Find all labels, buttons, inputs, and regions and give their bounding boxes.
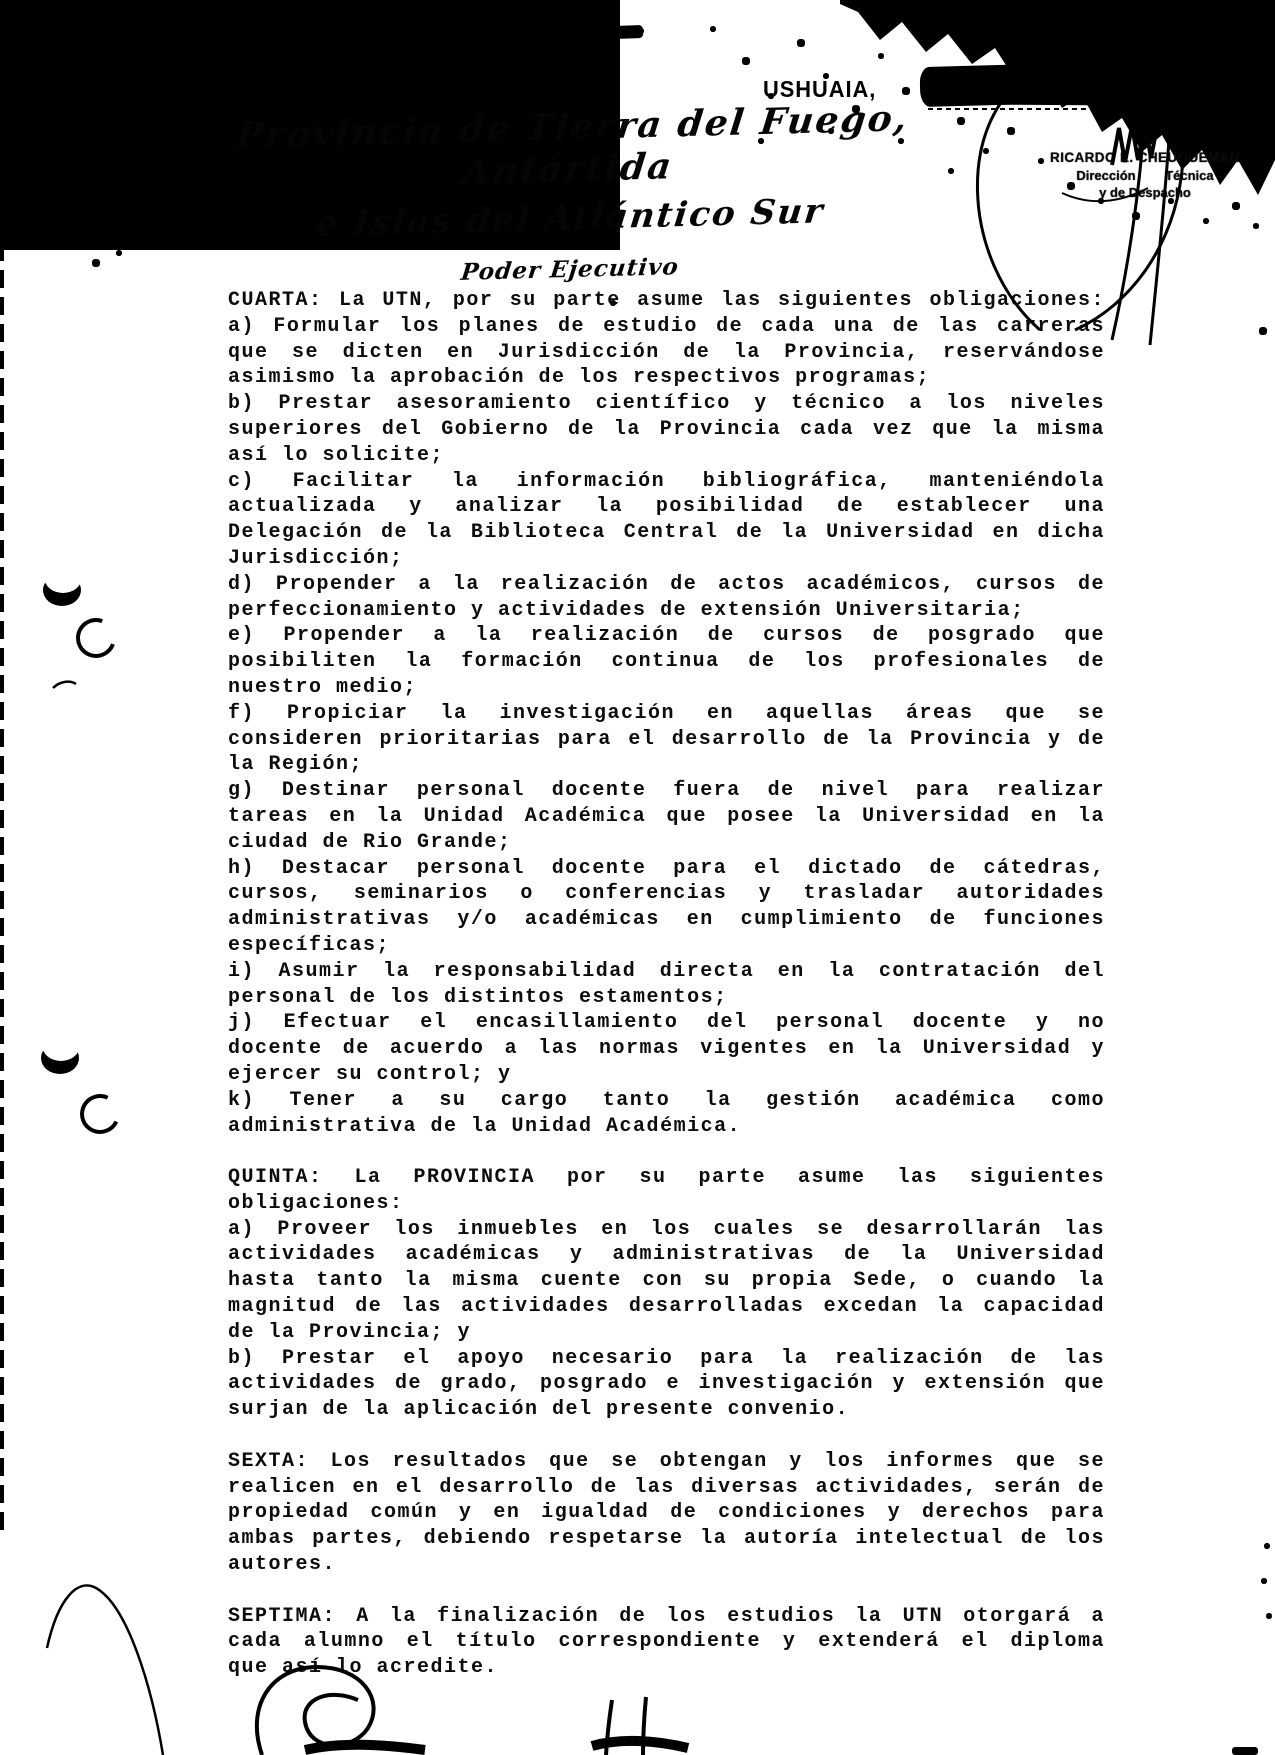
body-line: superiores del Gobierno de la Provincia … <box>228 417 1105 443</box>
body-line: actualizada y analizar la posibilidad de… <box>228 494 1105 520</box>
fold-arc-mark <box>47 1586 163 1755</box>
body-line: que así lo acredite. <box>228 1655 1105 1681</box>
punch-mark-ring-1 <box>69 611 122 664</box>
body-line: actividades académicas y administrativas… <box>228 1242 1105 1268</box>
body-line: i) Asumir la responsabilidad directa en … <box>228 959 1105 985</box>
bottom-signature-right-stroke-2 <box>643 1697 646 1755</box>
bottom-smear-right <box>592 1741 688 1748</box>
punch-mark-crescent-1 <box>43 574 81 608</box>
body-line: k) Tener a su cargo tanto la gestión aca… <box>228 1088 1105 1114</box>
document-body: CUARTA: La UTN, por su parte asume las s… <box>228 288 1105 1681</box>
body-line: de la Provincia; y <box>228 1320 1105 1346</box>
ink-dash-mark <box>585 25 643 40</box>
margin-squiggle <box>53 682 76 688</box>
body-line: g) Destinar personal docente fuera de ni… <box>228 778 1105 804</box>
body-line: SEXTA: Los resultados que se obtengan y … <box>228 1449 1105 1475</box>
body-line: CUARTA: La UTN, por su parte asume las s… <box>228 288 1105 314</box>
ink-mark-bottom-right <box>1232 1747 1258 1755</box>
body-line: a) Formular los planes de estudio de cad… <box>228 314 1105 340</box>
body-line: administrativa de la Unidad Académica. <box>228 1114 1105 1140</box>
body-line: h) Destacar personal docente para el dic… <box>228 856 1105 882</box>
body-line: a) Proveer los inmuebles en los cuales s… <box>228 1217 1105 1243</box>
body-line: la Región; <box>228 752 1105 778</box>
body-line: que se dicten en Jurisdicción de la Prov… <box>228 340 1105 366</box>
stamp-title-line2: y de Despacho <box>1040 185 1250 200</box>
body-line: actividades de grado, posgrado e investi… <box>228 1371 1105 1397</box>
body-line: b) Prestar el apoyo necesario para la re… <box>228 1346 1105 1372</box>
body-line: cada alumno el título correspondiente y … <box>228 1629 1105 1655</box>
clause-septima: SEPTIMA: A la finalización de los estudi… <box>228 1604 1105 1681</box>
body-line: c) Facilitar la información bibliográfic… <box>228 469 1105 495</box>
body-line: autores. <box>228 1552 1105 1578</box>
clause-cuarta: CUARTA: La UTN, por su parte asume las s… <box>228 288 1105 1139</box>
body-line: consideren prioritarias para el desarrol… <box>228 727 1105 753</box>
body-line: nuestro medio; <box>228 675 1105 701</box>
body-line: así lo solicite; <box>228 443 1105 469</box>
body-line: surjan de la aplicación del presente con… <box>228 1397 1105 1423</box>
official-stamp: RICARDO E. CHEUQUEMAN Dirección Técnica … <box>1040 150 1250 200</box>
body-line: ciudad de Rio Grande; <box>228 830 1105 856</box>
body-line: asimismo la aprobación de los respectivo… <box>228 365 1105 391</box>
ink-speckles <box>0 0 2 2</box>
body-line: Jurisdicción; <box>228 546 1105 572</box>
body-line: docente de acuerdo a las normas vigentes… <box>228 1036 1105 1062</box>
body-line: j) Efectuar el encasillamiento del perso… <box>228 1010 1105 1036</box>
body-line: realicen en el desarrollo de las diversa… <box>228 1475 1105 1501</box>
clause-quinta: QUINTA: La PROVINCIA por su parte asume … <box>228 1165 1105 1423</box>
body-line: ambas partes, debiendo respetarse la aut… <box>228 1526 1105 1552</box>
body-line: cursos, seminarios o conferencias y tras… <box>228 881 1105 907</box>
stamp-title-line1: Dirección Técnica <box>1040 168 1250 183</box>
body-line: obligaciones: <box>228 1191 1105 1217</box>
body-line: Delegación de la Biblioteca Central de l… <box>228 520 1105 546</box>
body-line: b) Prestar asesoramiento científico y té… <box>228 391 1105 417</box>
body-line: magnitud de las actividades desarrollada… <box>228 1294 1105 1320</box>
clause-sexta: SEXTA: Los resultados que se obtengan y … <box>228 1449 1105 1578</box>
body-line: específicas; <box>228 933 1105 959</box>
punch-mark-ring-2 <box>74 1088 125 1139</box>
letterhead: Provincia de Tierra del Fuego, Antártida… <box>170 106 970 283</box>
body-line: e) Propender a la realización de cursos … <box>228 623 1105 649</box>
scanned-document-page: Provincia Sur USHUAIA, Provincia de Tier… <box>0 0 1275 1755</box>
stamp-official-name: RICARDO E. CHEUQUEMAN <box>1040 150 1250 165</box>
branch-name: Poder Ejecutivo <box>167 246 973 294</box>
body-line: d) Propender a la realización de actos a… <box>228 572 1105 598</box>
body-line: tareas en la Unidad Académica que posee … <box>228 804 1105 830</box>
body-line: QUINTA: La PROVINCIA por su parte asume … <box>228 1165 1105 1191</box>
punch-mark-crescent-2 <box>41 1042 79 1076</box>
body-line: perfeccionamiento y actividades de exten… <box>228 598 1105 624</box>
body-line: hasta tanto la misma cuente con su propi… <box>228 1268 1105 1294</box>
body-line: personal de los distintos estamentos; <box>228 985 1105 1011</box>
org-name-line1: Provincia de Tierra del Fuego, Antártida <box>164 96 976 201</box>
body-line: administrativas y/o académicas en cumpli… <box>228 907 1105 933</box>
body-line: propiedad común y en igualdad de condici… <box>228 1500 1105 1526</box>
body-line: SEPTIMA: A la finalización de los estudi… <box>228 1604 1105 1630</box>
body-line: posibiliten la formación continua de los… <box>228 649 1105 675</box>
bottom-signature-right-stroke-1 <box>606 1700 612 1755</box>
body-line: ejercer su control; y <box>228 1062 1105 1088</box>
body-line: f) Propiciar la investigación en aquella… <box>228 701 1105 727</box>
bottom-smear-left <box>305 1745 425 1750</box>
